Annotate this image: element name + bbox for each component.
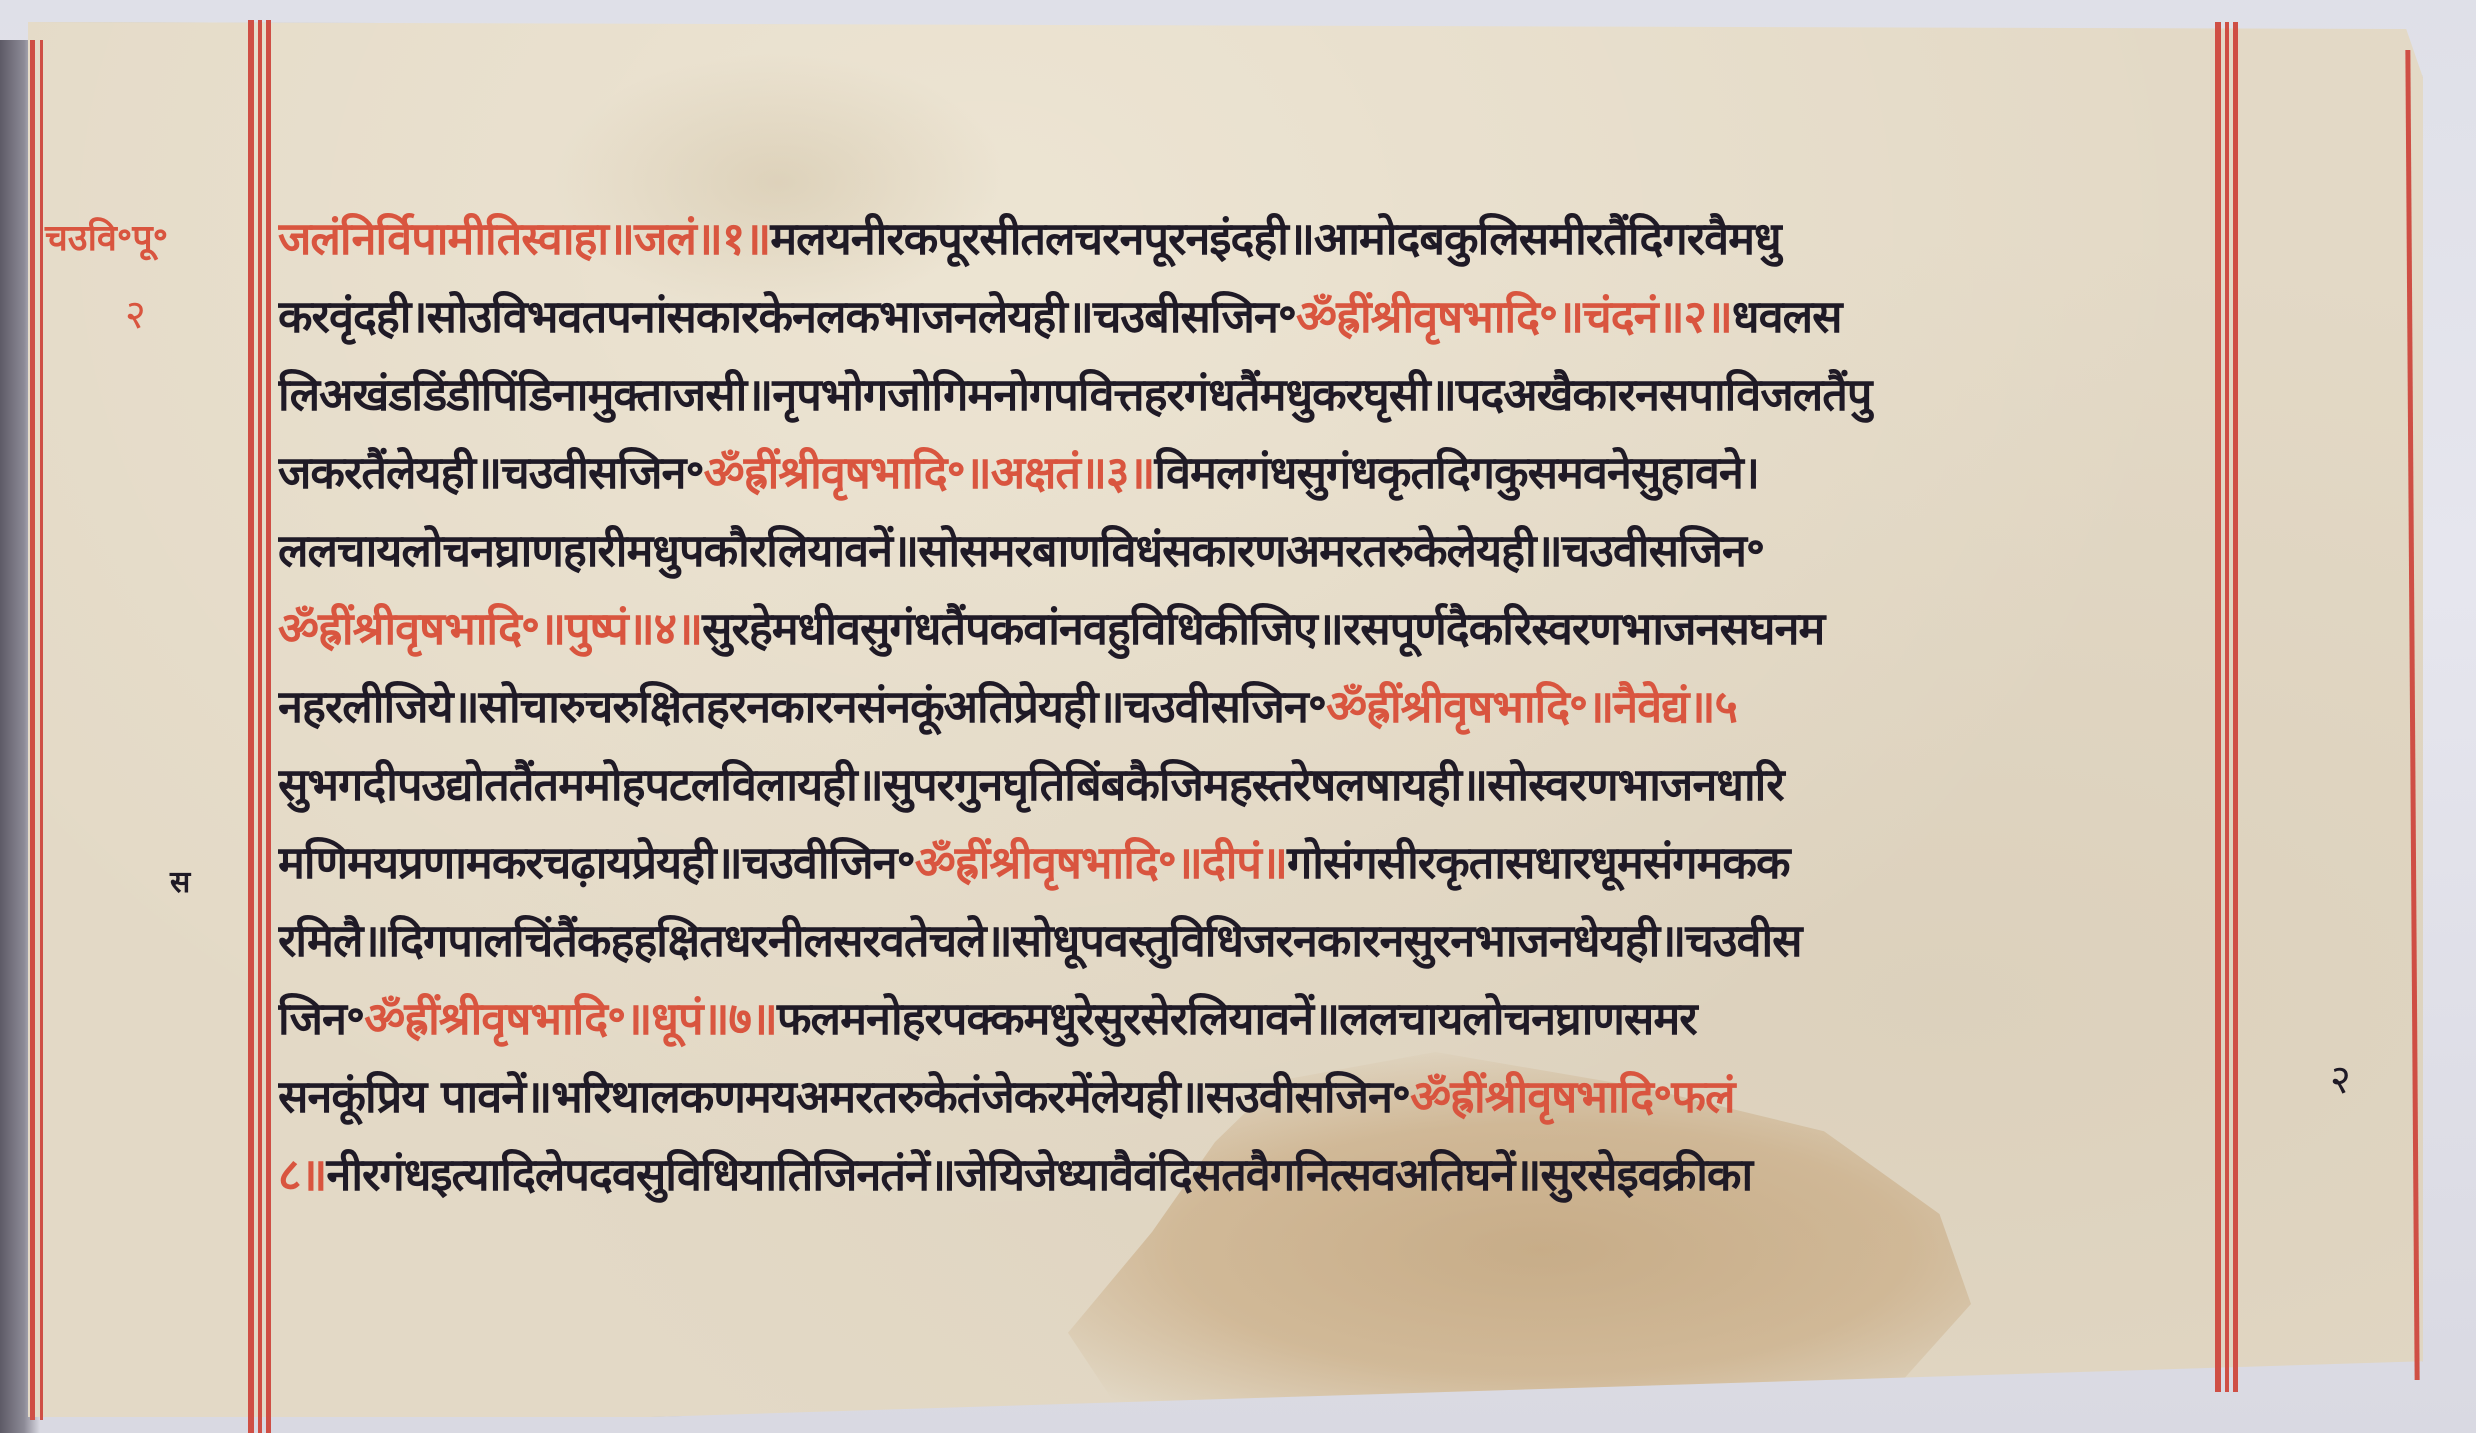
text-segment: मणिमयप्रणामकरचढ़ायप्रेयही॥: [278, 836, 742, 889]
text-segment: पदअखैकारनसपाविजलतैंपु: [1456, 368, 1872, 421]
text-segment: जेयिजेध्यावैवंदिसतवैगनित्सवअतिघनें॥: [955, 1148, 1540, 1201]
rubric-segment: ॐह्रींश्रीवृषभादि॰॥अक्षतं॥३॥: [704, 446, 1155, 499]
text-line: मणिमयप्रणामकरचढ़ायप्रेयही॥चउवीजिन॰ॐह्रीं…: [278, 824, 2268, 902]
text-segment: नहरलीजिये॥: [278, 680, 479, 733]
text-line: ॐह्रींश्रीवृषभादि॰॥पुष्पं॥४॥सुरहेमधीवसुग…: [278, 590, 2268, 668]
folio-number-right: २: [2330, 1050, 2351, 1105]
rubric-segment: ॐह्रींश्रीवृषभादि॰॥दीपं॥: [915, 836, 1287, 889]
text-line: ८॥नीरगंधइत्यादिलेपदवसुविधियातिजिनतंनें॥ज…: [278, 1136, 2268, 1214]
text-segment: चउवीसजिन॰: [1124, 680, 1327, 733]
left-margin-rule-1: [248, 20, 254, 1433]
margin-mark: स: [170, 860, 190, 901]
text-segment: सोसमरबाणविधंसकारणअमरतरुकेलेयही॥: [918, 524, 1562, 577]
text-segment: जिन॰: [278, 992, 364, 1045]
text-segment: सुरहेमधीवसुगंधतैंपकवांनवहुविधिकीजिए॥: [702, 602, 1343, 655]
text-segment: रमिलै॥: [278, 914, 388, 967]
rubric-segment: ८॥: [278, 1148, 326, 1201]
left-edge-rule: [30, 40, 35, 1420]
text-segment: भरिथालकणमयअमरतरुकेतंजेकरमेंलेयही॥: [551, 1070, 1206, 1123]
left-margin-rule-3: [266, 20, 271, 1433]
text-line: जलंनिर्विपामीतिस्वाहा॥जलं॥१॥मलयनीरकपूरसी…: [278, 200, 2268, 278]
text-segment: रसपूर्णदैकरिस्वरणभाजनसघनम: [1343, 602, 1824, 655]
text-segment: करवृंदही।: [278, 290, 427, 343]
text-segment: जकरतैंलेयही॥: [278, 446, 501, 499]
text-segment: चउवीजिन॰: [742, 836, 915, 889]
text-line: करवृंदही।सोउविभवतपनांसकारकेनलकभाजनलेयही॥…: [278, 278, 2268, 356]
text-segment: सुभगदीपउद्योततैंतममोहपटलविलायही॥: [278, 758, 883, 811]
text-segment: सोउविभवतपनांसकारकेनलकभाजनलेयही॥: [427, 290, 1093, 343]
text-line: ललचायलोचनघ्राणहारीमधुपकौरलियावनें॥सोसमरब…: [278, 512, 2268, 590]
rubric-segment: ॐह्रींश्रीवृषभादि॰॥चंदनं॥२॥: [1296, 290, 1732, 343]
text-segment: ललचायलोचनघ्राणहारीमधुपकौरलियावनें॥: [278, 524, 918, 577]
text-segment: नृपभोगजोगिमनोगपवित्तहरगंधतैंमधुकरघृसी॥: [772, 368, 1456, 421]
text-line: नहरलीजिये॥सोचारुचरुक्षितहरनकारनसंनकूंअति…: [278, 668, 2268, 746]
rubric-segment: ॐह्रींश्रीवृषभादि॰॥पुष्पं॥४॥: [278, 602, 702, 655]
text-line: सुभगदीपउद्योततैंतममोहपटलविलायही॥सुपरगुनघ…: [278, 746, 2268, 824]
text-segment: चउवीसजिन॰: [1562, 524, 1765, 577]
text-segment: गोसंगसीरकृतासधारधूमसंगमकक: [1287, 836, 1790, 889]
rubric-segment: ॐह्रींश्रीवृषभादि॰फलं: [1410, 1070, 1734, 1123]
text-segment: सुपरगुनघृतिबिंबकैजिमहस्तरेषलषायही॥: [883, 758, 1487, 811]
text-segment: दिगपालचिंतैंकहहक्षितधरनीलसरवतेचले॥: [388, 914, 1011, 967]
text-line: जिन॰ॐह्रींश्रीवृषभादि॰॥धूपं॥७॥फलमनोहरपक्…: [278, 980, 2268, 1058]
text-segment: सोचारुचरुक्षितहरनकारनसंनकूंअतिप्रेयही॥: [479, 680, 1124, 733]
left-edge-rule-inner: [40, 40, 43, 1420]
margin-title: चउवि॰पू॰: [45, 200, 168, 278]
text-segment: सउवीसजिन॰: [1206, 1070, 1410, 1123]
left-margin-rule-2: [258, 20, 262, 1433]
text-segment: सुरसेइवक्रीका: [1540, 1148, 1752, 1201]
text-segment: लिअखंडडिंडीपिंडिनामुक्ताजसी॥: [278, 368, 772, 421]
text-segment: विमलगंधसुगंधकृतदिगकुसमवनेसुहावने।: [1154, 446, 1759, 499]
text-line: रमिलै॥दिगपालचिंतैंकहहक्षितधरनीलसरवतेचले॥…: [278, 902, 2268, 980]
text-segment: चउवीसजिन॰: [501, 446, 704, 499]
text-segment: आमोदबकुलिसमीरतैंदिगरवैमधु: [1314, 212, 1781, 265]
rubric-segment: ॐह्रींश्रीवृषभादि॰॥धूपं॥७॥: [364, 992, 777, 1045]
text-segment: सनकूंप्रिय पावनें॥: [278, 1070, 551, 1123]
text-segment: मलयनीरकपूरसीतलचरनपूरनइंदही॥: [770, 212, 1314, 265]
text-segment: चउवीस: [1685, 914, 1801, 967]
text-segment: नीरगंधइत्यादिलेपदवसुविधियातिजिनतंनें॥: [326, 1148, 955, 1201]
text-line: जकरतैंलेयही॥चउवीसजिन॰ॐह्रींश्रीवृषभादि॰॥…: [278, 434, 2268, 512]
folio-number-left: २: [125, 285, 146, 340]
text-segment: ललचायलोचनघ्राणसमर: [1339, 992, 1697, 1045]
text-line: सनकूंप्रिय पावनें॥भरिथालकणमयअमरतरुकेतंजे…: [278, 1058, 2268, 1136]
text-line: लिअखंडडिंडीपिंडिनामुक्ताजसी॥नृपभोगजोगिमन…: [278, 356, 2268, 434]
rubric-segment: जलंनिर्विपामीतिस्वाहा॥जलं॥१॥: [278, 212, 770, 265]
text-segment: सोधूपवस्तुविधिजरनकारनसुरनभाजनधेयही॥: [1012, 914, 1686, 967]
manuscript-text: जलंनिर्विपामीतिस्वाहा॥जलं॥१॥मलयनीरकपूरसी…: [278, 200, 2268, 1214]
rubric-segment: ॐह्रींश्रीवृषभादि॰॥नैवेद्यं॥५: [1326, 680, 1737, 733]
text-segment: सोस्वरणभाजनधारि: [1487, 758, 1784, 811]
text-segment: चउबीसजिन॰: [1093, 290, 1296, 343]
text-segment: धवलस: [1732, 290, 1842, 343]
text-segment: फलमनोहरपक्कमधुरेसुरसेरलियावनें॥: [777, 992, 1339, 1045]
